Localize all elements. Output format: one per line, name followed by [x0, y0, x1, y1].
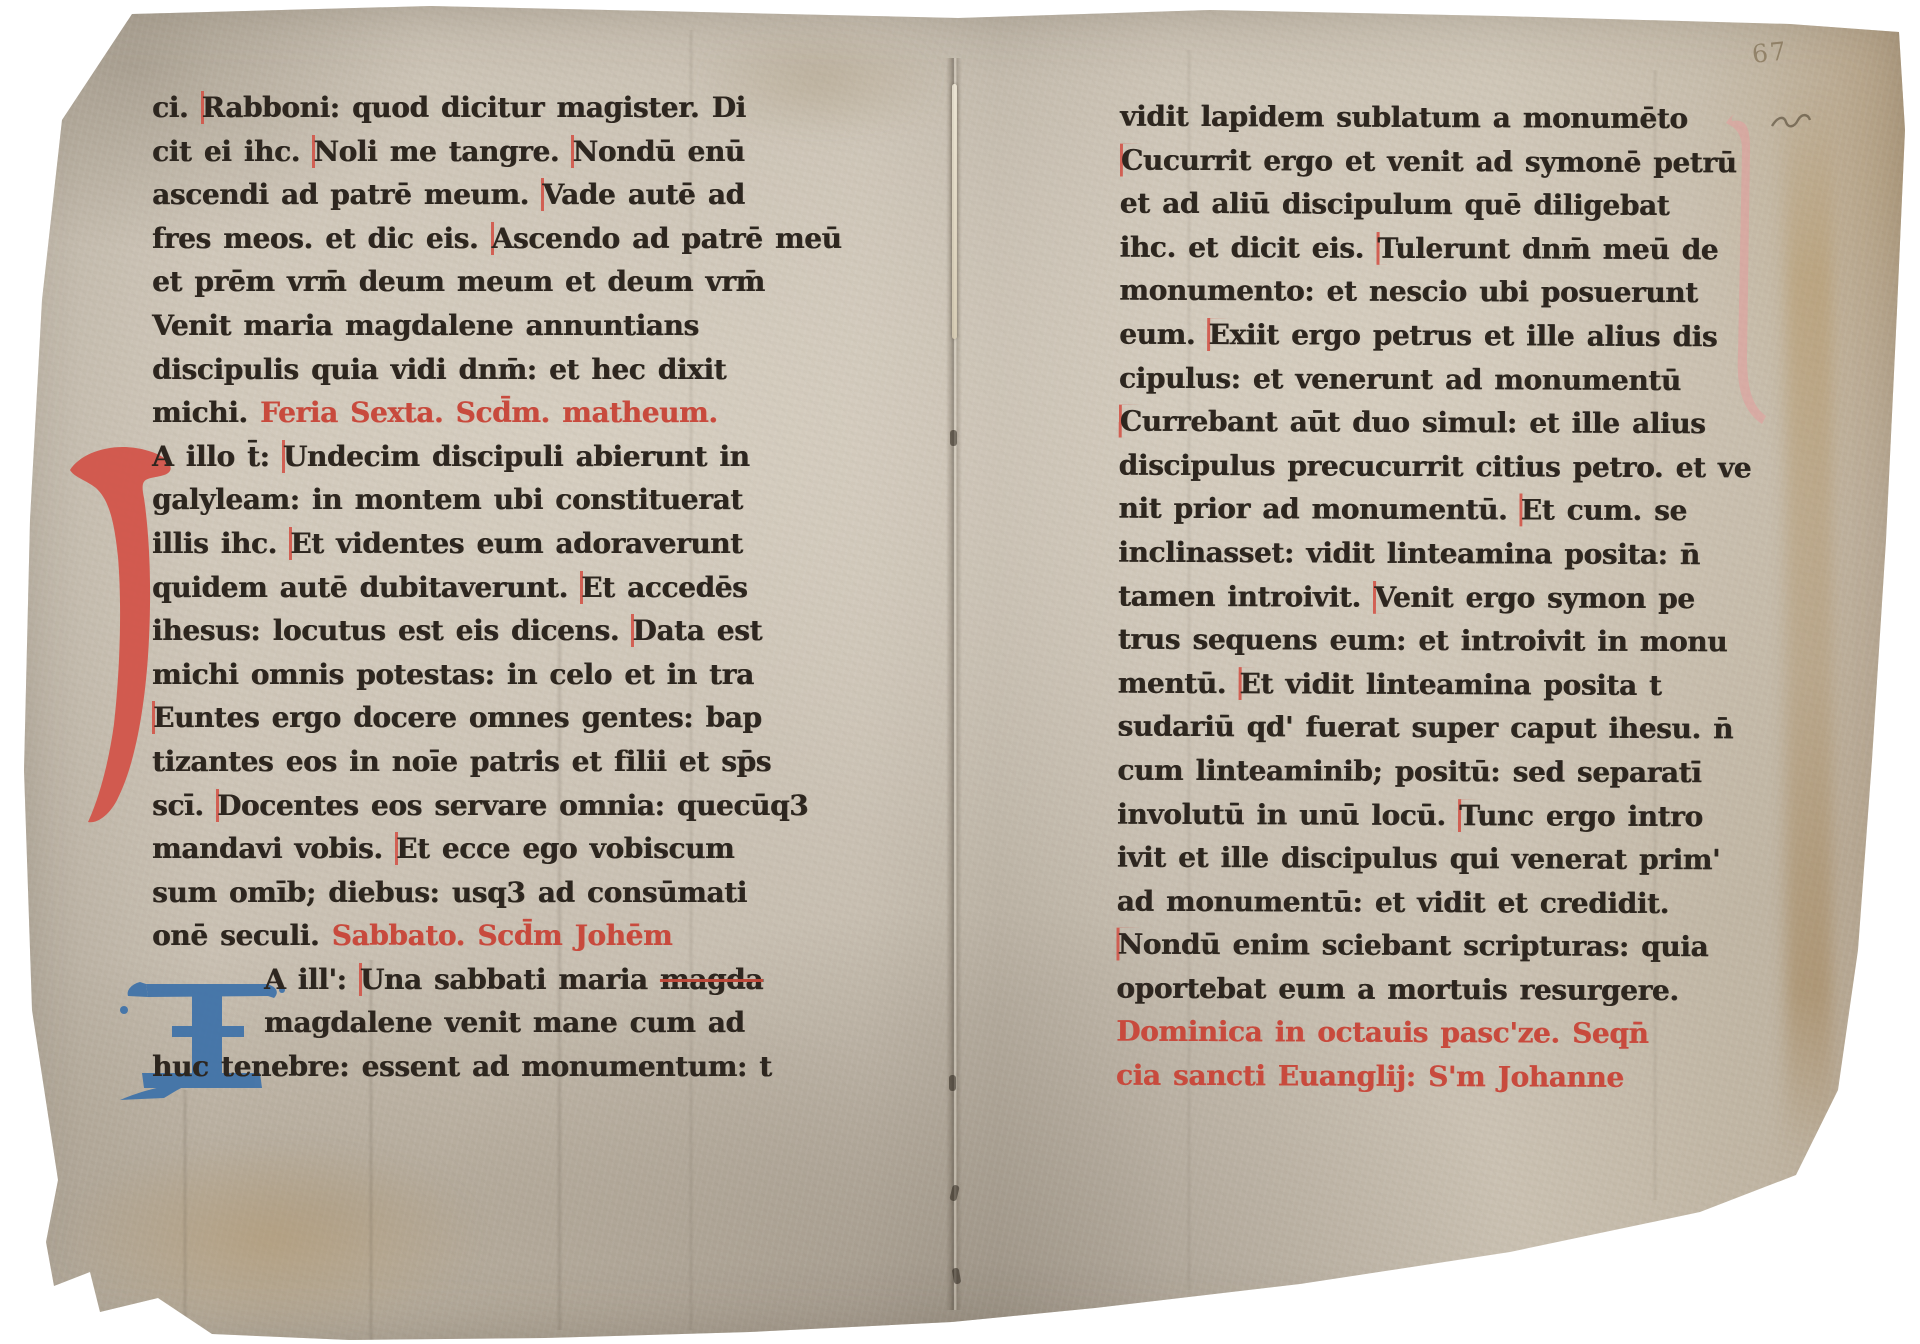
parchment-sheet: 67 ci. Rabboni: quod dicitur magister. D… — [0, 0, 1920, 1344]
manuscript-photo: 67 ci. Rabboni: quod dicitur magister. D… — [0, 0, 1920, 1344]
edge-shading — [0, 0, 1920, 1344]
